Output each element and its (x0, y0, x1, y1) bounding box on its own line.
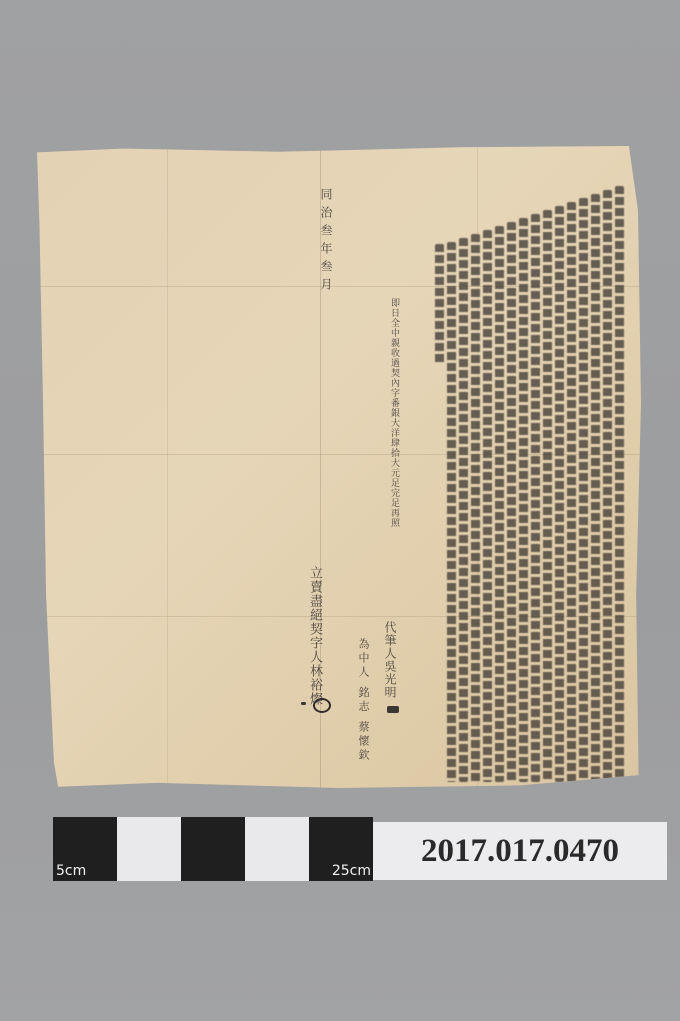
scale-segment: 5cm (53, 817, 117, 881)
text-column (495, 226, 504, 782)
scale-segment (245, 817, 309, 881)
text-column (603, 190, 612, 782)
text-column (579, 198, 588, 782)
text-column (435, 244, 444, 364)
scale-segment (181, 817, 245, 881)
date-column: 同治叁年叁月 (319, 188, 332, 296)
text-column (459, 238, 468, 782)
signature-seal-mark (313, 698, 331, 713)
text-column (591, 194, 600, 782)
ink-dot (301, 702, 306, 705)
text-column (483, 230, 492, 782)
scale-bar: 5cm 25cm (53, 817, 373, 881)
text-column (543, 210, 552, 782)
receipt-note-column: 即日全中親收過契內字番銀大洋肆拾大元足完足再照 (389, 298, 399, 528)
scale-label-5cm: 5cm (56, 863, 86, 879)
text-column (615, 186, 624, 782)
text-column (555, 206, 564, 782)
text-column (447, 242, 456, 782)
scribe-column: 代筆人吳光明 (383, 621, 396, 699)
scribe-mark (387, 706, 399, 713)
text-column (531, 214, 540, 782)
scale-segment: 25cm (309, 817, 373, 881)
text-column (507, 222, 516, 782)
text-column (567, 202, 576, 782)
deed-paper: 同治叁年叁月 即日全中親收過契內字番銀大洋肆拾大元足完足再照 立賣盡絕契字人林裕… (37, 146, 641, 788)
text-column (519, 218, 528, 782)
signatory-column: 立賣盡絕契字人林裕燦 (307, 566, 321, 706)
text-column (471, 234, 480, 782)
scale-label-25cm: 25cm (332, 863, 371, 879)
scale-segment (117, 817, 181, 881)
fold-line-vertical (167, 146, 168, 788)
middleman-column: 為中人 銘志 蔡懷欽 (357, 638, 369, 763)
accession-number: 2017.017.0470 (373, 822, 667, 880)
